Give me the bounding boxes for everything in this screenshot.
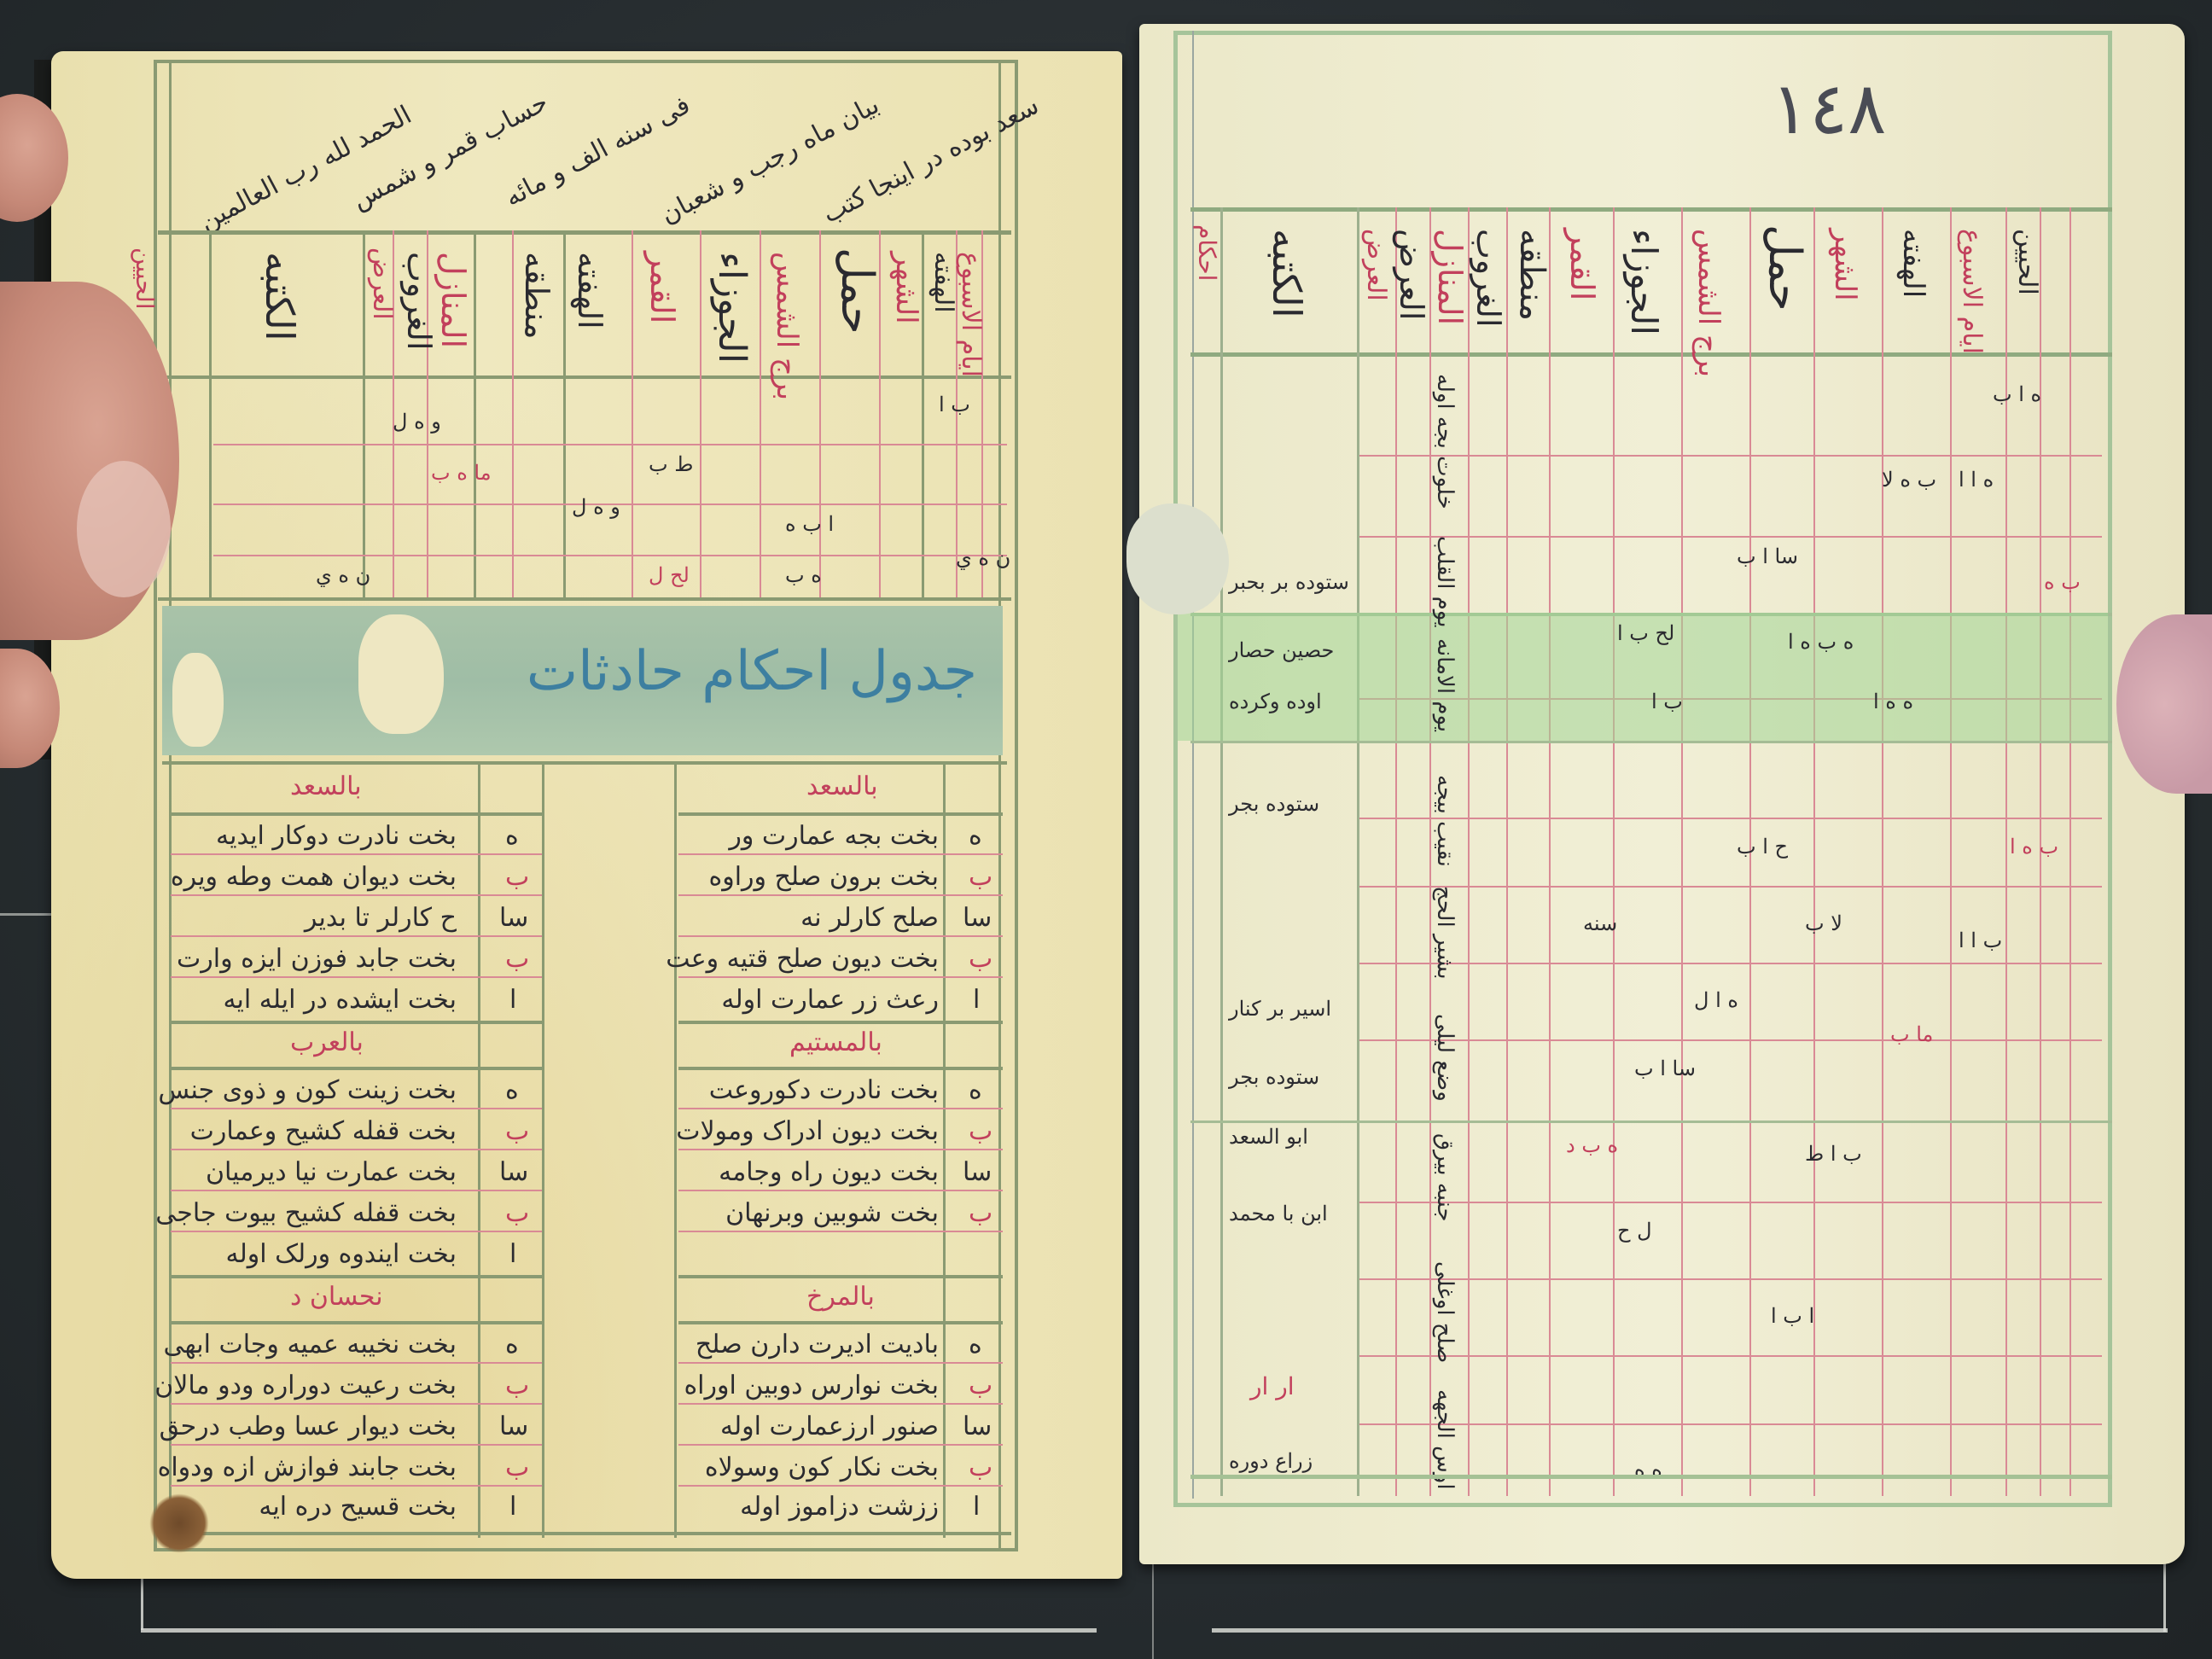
table-row: بخت بجه عمارت ور xyxy=(729,821,939,851)
table-heading: بالعرب xyxy=(290,1027,364,1057)
table-row: بخت شوبین وبرنهان xyxy=(725,1198,939,1228)
column-header: الحیین xyxy=(132,247,156,310)
upper-table-bottom-rule xyxy=(158,597,1011,601)
column-header: الغروب xyxy=(403,252,435,351)
table-row: بخت نادرت دکوروعت xyxy=(709,1075,939,1105)
table-heading: بالسعد xyxy=(290,771,362,801)
table-row: بخت عمارت نیا دیرمیان xyxy=(206,1157,457,1187)
lower-divider xyxy=(674,761,677,1538)
table-heading: بالسعد xyxy=(806,771,878,801)
right-page: ١٤٨ xyxy=(1139,24,2185,1564)
column-header: الهفته xyxy=(930,252,956,313)
paper-loss xyxy=(172,653,224,747)
table-row: ززشت دزاموز اوله xyxy=(740,1492,939,1522)
chalk-line-bottom-left xyxy=(141,1628,1097,1633)
thumbnail xyxy=(77,461,171,597)
column-header: العرض xyxy=(369,247,394,320)
table-row: بخت برون صلح وراوه xyxy=(709,862,940,892)
table-row: صنور ارزعمارت اوله xyxy=(720,1412,939,1441)
table-row: بخت نوارس دوبین اوراه xyxy=(684,1371,939,1400)
table-heading: بالمستیم xyxy=(789,1027,882,1057)
bottom-rule xyxy=(158,1532,1011,1535)
table-row: بخت نخیبه عمیه وجات ابهی xyxy=(163,1330,457,1359)
table-left-column: بالسعد بخت نادرت دوکار ایدیه ه بخت دیوان… xyxy=(171,768,542,1536)
left-page: سعد بوده در اینجا کتب بیان ماه رجب و شعب… xyxy=(51,51,1122,1579)
lower-top-rule xyxy=(162,761,1007,765)
column-header: منطقه xyxy=(521,252,553,340)
column-header: الکتبه xyxy=(260,252,300,341)
column-header: القمر xyxy=(646,252,678,323)
table-row: بخت قسیح دره ایه xyxy=(259,1492,457,1522)
title-band: جدول احکام حادثات xyxy=(162,606,1003,755)
table-row: بخت قفله کشیح بیوت جاجی xyxy=(155,1198,457,1228)
header-top-rule xyxy=(1190,207,2112,212)
header-top-rule xyxy=(158,230,1011,235)
table-row: بخت زینت کون و ذوی جنس xyxy=(158,1075,457,1105)
column-header: برج الشمس xyxy=(772,252,801,400)
lower-divider xyxy=(542,761,544,1538)
table-row: بخت نکار کون وسولاه xyxy=(705,1452,939,1482)
chalk-line-right xyxy=(2163,1553,2166,1632)
ink-stain xyxy=(149,1493,209,1553)
bottom-rule xyxy=(1190,1475,2112,1479)
table-row: بخت دیون ادراک ومولات xyxy=(676,1116,939,1146)
column-header: الجوزاء xyxy=(713,252,750,364)
column-header: المنازل xyxy=(437,252,469,348)
column-header: الشهر xyxy=(892,252,921,324)
table-row: رعث زر عمارت اوله xyxy=(721,985,939,1015)
column-header: الهفته xyxy=(573,252,606,329)
band-title: جدول احکام حادثات xyxy=(527,640,977,703)
table-row: بخت جابند فوازش ازه ودواه xyxy=(158,1452,457,1482)
chalk-line-bottom-right xyxy=(1212,1628,2168,1633)
paper-loss xyxy=(358,614,444,734)
table-row: بخت رعیت دوراره ودو مالان xyxy=(154,1371,457,1400)
table-row: ح کارلر تا بدیر xyxy=(305,903,457,933)
table-row: بخت نادرت دوکار ایدیه xyxy=(216,821,457,851)
table-row: صلح کارلر نه xyxy=(800,903,939,933)
header-bottom-rule xyxy=(158,375,1011,379)
table-row: بادیت ادیرت دارن صلح xyxy=(696,1330,939,1359)
table-row: بخت ایشده در ایله ایه xyxy=(223,985,457,1015)
column-header: ایام الاسبوع xyxy=(958,252,983,377)
table-row: بخت جابد فوزن ایزه وارت xyxy=(177,944,457,974)
table-heading: نحسان د xyxy=(290,1282,383,1312)
table-row: بخت دیون صلح قتیه وعت xyxy=(666,944,939,974)
table-right-column: بالسعد بخت بجه عمارت ور ه بخت برون صلح و… xyxy=(678,768,1003,1536)
column-header: حمل xyxy=(835,247,879,335)
chalk-mark-side xyxy=(0,913,51,916)
table-row: بخت دیون راه وجامه xyxy=(719,1157,939,1187)
table-row: بخت قفله کشیح وعمارت xyxy=(190,1116,457,1146)
repair-patch xyxy=(1126,504,1229,614)
chalk-line-center xyxy=(1152,1562,1154,1659)
table-row: بخت دیوار عسا وطب درحق xyxy=(160,1412,457,1441)
table-heading: بالمرخ xyxy=(806,1282,875,1312)
table-row: بخت ایندوه ورلک اوله xyxy=(226,1239,457,1269)
table-row: بخت دیوان همت وطه ویره xyxy=(171,862,457,892)
